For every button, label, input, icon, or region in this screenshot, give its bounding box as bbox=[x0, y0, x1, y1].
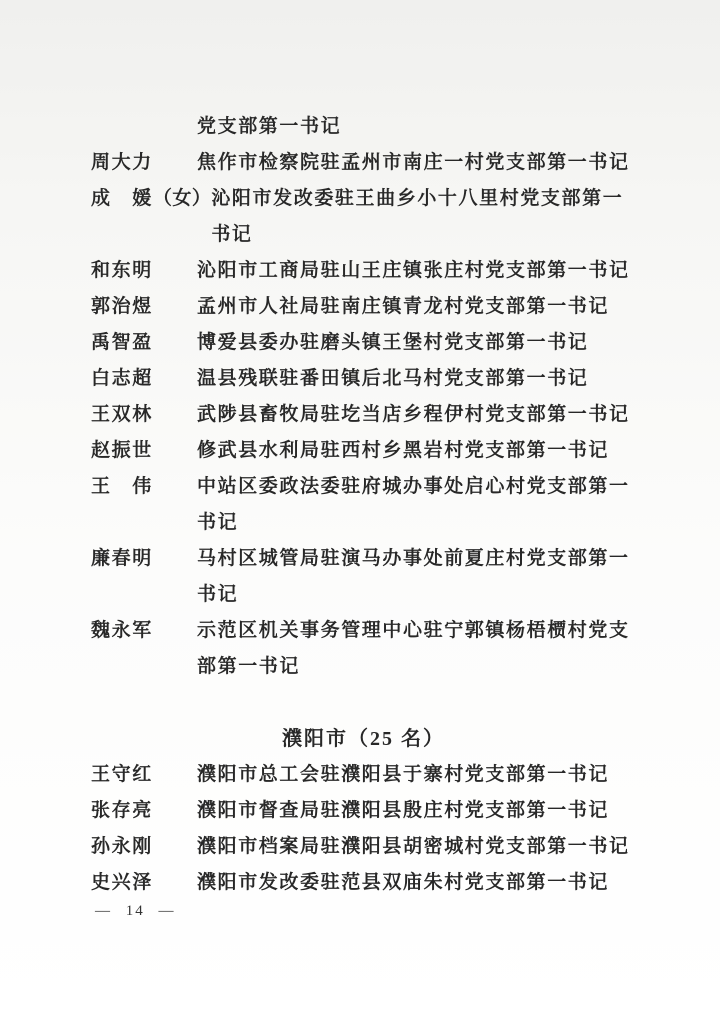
assignment-line-1: 濮阳市档案局驻濮阳县胡密城村党支部第一书记 bbox=[197, 829, 636, 865]
assignment: 焦作市检察院驻孟州市南庄一村党支部第一书记 bbox=[197, 145, 636, 181]
assignment-line-1: 濮阳市发改委驻范县双庙朱村党支部第一书记 bbox=[197, 865, 636, 901]
assignment-line-1: 沁阳市工商局驻山王庄镇张庄村党支部第一书记 bbox=[197, 253, 636, 289]
assignment-line-1: 示范区机关事务管理中心驻宁郭镇杨梧槚村党支 bbox=[197, 613, 636, 649]
assignment-line-1: 修武县水利局驻西村乡黑岩村党支部第一书记 bbox=[197, 433, 636, 469]
page-number: — 14 — bbox=[95, 903, 176, 920]
roster-entry: 王双林 武陟县畜牧局驻圪当店乡程伊村党支部第一书记 bbox=[91, 397, 636, 433]
roster-entry: 王 伟 中站区委政法委驻府城办事处启心村党支部第一书记 bbox=[91, 469, 636, 541]
assignment: 濮阳市总工会驻濮阳县于寨村党支部第一书记 bbox=[197, 757, 636, 793]
assignment-line-1: 博爱县委办驻磨头镇王堡村党支部第一书记 bbox=[197, 325, 636, 361]
assignment: 马村区城管局驻演马办事处前夏庄村党支部第一书记 bbox=[197, 541, 636, 613]
assignment-line-1: 濮阳市督查局驻濮阳县殷庄村党支部第一书记 bbox=[197, 793, 636, 829]
assignment: 中站区委政法委驻府城办事处启心村党支部第一书记 bbox=[197, 469, 636, 541]
assignment-line-1: 温县残联驻番田镇后北马村党支部第一书记 bbox=[197, 361, 636, 397]
assignment-line-1: 沁阳市发改委驻王曲乡小十八里村党支部第一 bbox=[211, 181, 636, 217]
person-name: 周大力 bbox=[91, 145, 197, 181]
roster-entry: 王守红 濮阳市总工会驻濮阳县于寨村党支部第一书记 bbox=[91, 757, 636, 793]
roster-entry: 白志超 温县残联驻番田镇后北马村党支部第一书记 bbox=[91, 361, 636, 397]
person-name: 魏永军 bbox=[91, 613, 197, 649]
person-name: 孙永刚 bbox=[91, 829, 197, 865]
assignment: 濮阳市档案局驻濮阳县胡密城村党支部第一书记 bbox=[197, 829, 636, 865]
assignment: 武陟县畜牧局驻圪当店乡程伊村党支部第一书记 bbox=[197, 397, 636, 433]
scanned-document-page: 党支部第一书记 周大力 焦作市检察院驻孟州市南庄一村党支部第一书记 成 媛（女）… bbox=[0, 0, 720, 1018]
roster-entry: 史兴泽 濮阳市发改委驻范县双庙朱村党支部第一书记 bbox=[91, 865, 636, 901]
person-name: 赵振世 bbox=[91, 433, 197, 469]
person-name: 郭治煜 bbox=[91, 289, 197, 325]
assignment-line-2: 书记 bbox=[211, 217, 636, 253]
assignment: 濮阳市发改委驻范县双庙朱村党支部第一书记 bbox=[197, 865, 636, 901]
assignment-line-1: 马村区城管局驻演马办事处前夏庄村党支部第一 bbox=[197, 541, 636, 577]
gender-suffix: （女） bbox=[153, 188, 212, 209]
roster-entry: 赵振世 修武县水利局驻西村乡黑岩村党支部第一书记 bbox=[91, 433, 636, 469]
roster-entry: 周大力 焦作市检察院驻孟州市南庄一村党支部第一书记 bbox=[91, 145, 636, 181]
assignment-line-2: 书记 bbox=[197, 505, 636, 541]
roster-entry: 魏永军 示范区机关事务管理中心驻宁郭镇杨梧槚村党支部第一书记 bbox=[91, 613, 636, 685]
document-text-block: 党支部第一书记 周大力 焦作市检察院驻孟州市南庄一村党支部第一书记 成 媛（女）… bbox=[91, 109, 636, 901]
assignment-line-1: 武陟县畜牧局驻圪当店乡程伊村党支部第一书记 bbox=[197, 397, 636, 433]
blank-line bbox=[91, 685, 636, 721]
person-name: 王 伟 bbox=[91, 469, 197, 505]
roster-entry: 郭治煜 孟州市人社局驻南庄镇青龙村党支部第一书记 bbox=[91, 289, 636, 325]
roster-entry: 和东明 沁阳市工商局驻山王庄镇张庄村党支部第一书记 bbox=[91, 253, 636, 289]
person-name: 史兴泽 bbox=[91, 865, 197, 901]
person-name: 廉春明 bbox=[91, 541, 197, 577]
assignment: 博爱县委办驻磨头镇王堡村党支部第一书记 bbox=[197, 325, 636, 361]
continuation-line: 党支部第一书记 bbox=[91, 109, 636, 145]
roster-entry: 成 媛（女） 沁阳市发改委驻王曲乡小十八里村党支部第一书记 bbox=[91, 181, 636, 253]
roster-entry: 禹智盈 博爱县委办驻磨头镇王堡村党支部第一书记 bbox=[91, 325, 636, 361]
assignment-line-1: 孟州市人社局驻南庄镇青龙村党支部第一书记 bbox=[197, 289, 636, 325]
assignment: 修武县水利局驻西村乡黑岩村党支部第一书记 bbox=[197, 433, 636, 469]
person-name: 成 媛（女） bbox=[91, 181, 211, 217]
assignment-line-2: 部第一书记 bbox=[197, 649, 636, 685]
person-name: 白志超 bbox=[91, 361, 197, 397]
assignment: 沁阳市工商局驻山王庄镇张庄村党支部第一书记 bbox=[197, 253, 636, 289]
person-name: 张存亮 bbox=[91, 793, 197, 829]
assignment-line-1: 濮阳市总工会驻濮阳县于寨村党支部第一书记 bbox=[197, 757, 636, 793]
assignment: 孟州市人社局驻南庄镇青龙村党支部第一书记 bbox=[197, 289, 636, 325]
roster-entry: 孙永刚 濮阳市档案局驻濮阳县胡密城村党支部第一书记 bbox=[91, 829, 636, 865]
assignment: 濮阳市督查局驻濮阳县殷庄村党支部第一书记 bbox=[197, 793, 636, 829]
roster-entry: 张存亮 濮阳市督查局驻濮阳县殷庄村党支部第一书记 bbox=[91, 793, 636, 829]
person-name: 王守红 bbox=[91, 757, 197, 793]
assignment-line-1: 焦作市检察院驻孟州市南庄一村党支部第一书记 bbox=[197, 145, 636, 181]
assignment: 示范区机关事务管理中心驻宁郭镇杨梧槚村党支部第一书记 bbox=[197, 613, 636, 685]
person-name: 禹智盈 bbox=[91, 325, 197, 361]
section-heading-puyang: 濮阳市（25 名） bbox=[91, 721, 636, 757]
person-name: 王双林 bbox=[91, 397, 197, 433]
roster-entry: 廉春明 马村区城管局驻演马办事处前夏庄村党支部第一书记 bbox=[91, 541, 636, 613]
assignment: 沁阳市发改委驻王曲乡小十八里村党支部第一书记 bbox=[211, 181, 636, 253]
assignment-line-2: 书记 bbox=[197, 577, 636, 613]
assignment-line-1: 中站区委政法委驻府城办事处启心村党支部第一 bbox=[197, 469, 636, 505]
person-name: 和东明 bbox=[91, 253, 197, 289]
assignment: 温县残联驻番田镇后北马村党支部第一书记 bbox=[197, 361, 636, 397]
